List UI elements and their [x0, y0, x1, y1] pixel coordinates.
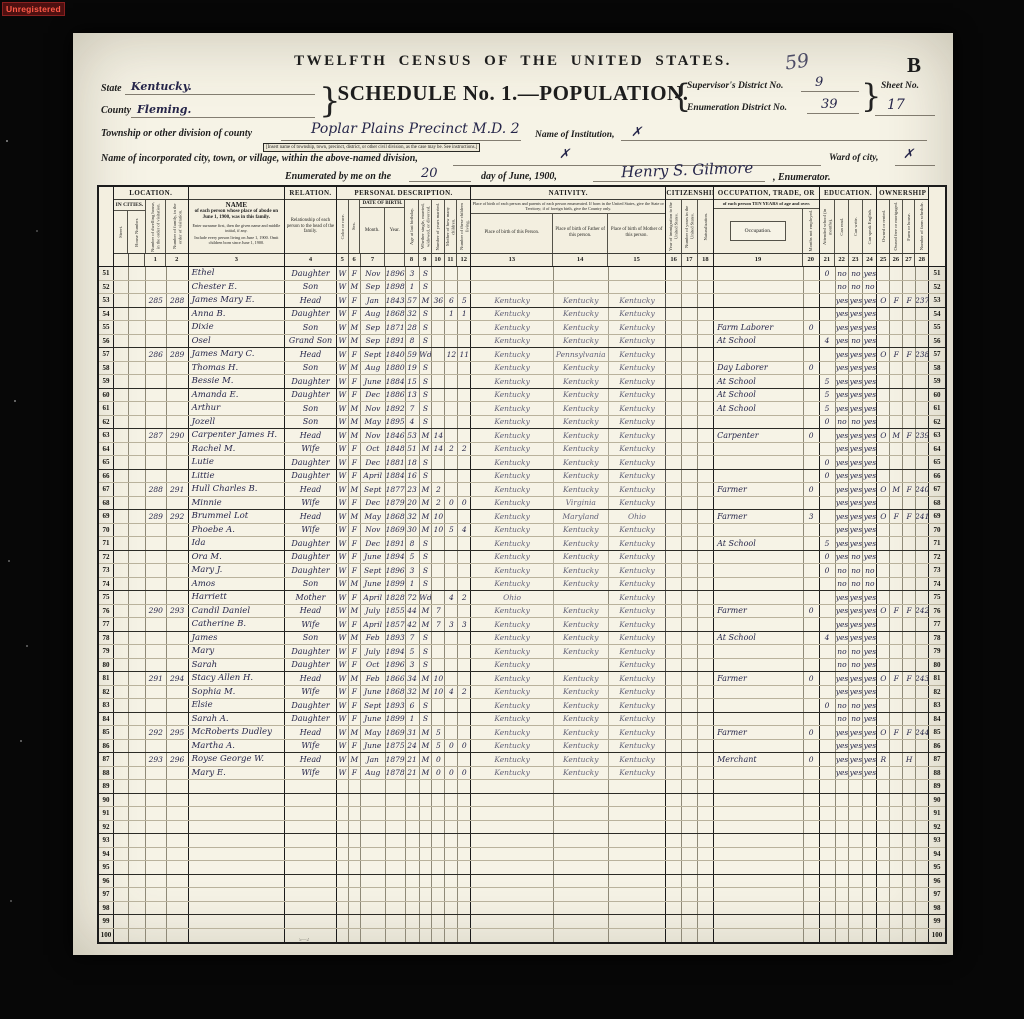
cell-cit1 — [666, 308, 682, 321]
cell-owned — [877, 848, 890, 861]
cell-age: 57 — [406, 294, 420, 307]
column-header-cit3: Naturalization. — [698, 200, 714, 253]
cell-street — [114, 821, 129, 834]
column-header-school: Attended school (in months). — [820, 200, 836, 253]
cell-color: W — [337, 767, 349, 780]
cell-month: Sept — [361, 483, 386, 496]
district-brace-close: } — [861, 77, 881, 115]
cell-cit3 — [698, 443, 714, 456]
cell-cit3 — [698, 497, 714, 510]
cell-english: yes — [863, 335, 877, 348]
cell-name: Harriett — [189, 591, 286, 604]
cell-birth — [471, 807, 554, 820]
cell-relation: Wife — [285, 767, 337, 780]
cell-street — [114, 915, 129, 928]
cell-relation: Wife — [285, 524, 337, 537]
cell-english — [863, 807, 877, 820]
cell-read: no — [836, 578, 850, 591]
cell-months_ne — [804, 807, 820, 820]
row-number: 52 — [99, 281, 114, 294]
column-number-name: 3 — [189, 254, 285, 266]
cell-school — [820, 321, 836, 334]
cell-english: yes — [863, 537, 877, 550]
cell-owned — [877, 915, 890, 928]
cell-cit1 — [666, 470, 682, 483]
cell-sex — [349, 821, 361, 834]
cell-living: 2 — [458, 686, 471, 699]
cell-read — [836, 834, 850, 847]
cell-cit3 — [698, 686, 714, 699]
row-number: 96 — [929, 875, 945, 888]
cell-mother_ch — [445, 834, 458, 847]
cell-birth: Kentucky — [471, 672, 554, 685]
table-row: 9999 — [99, 915, 945, 929]
table-row: 83ElsieDaughterWFSept18936SKentuckyKentu… — [99, 699, 945, 713]
cell-school — [820, 821, 836, 834]
cell-birth: Kentucky — [471, 740, 554, 753]
cell-write — [849, 834, 863, 847]
cell-name — [189, 861, 286, 874]
cell-sched — [916, 402, 929, 415]
cell-cit2 — [682, 915, 698, 928]
cell-street — [114, 524, 129, 537]
cell-street — [114, 726, 129, 739]
cell-marital — [420, 834, 433, 847]
cell-age — [406, 794, 420, 807]
cell-school — [820, 659, 836, 672]
cell-color — [337, 875, 349, 888]
cell-cit3 — [698, 348, 714, 361]
cell-cit2 — [682, 510, 698, 523]
cell-farm: F — [903, 483, 916, 496]
cell-free — [890, 308, 903, 321]
header-group-education: EDUCATION.Attended school (in months).Ca… — [820, 187, 878, 266]
cell-cit1 — [666, 362, 682, 375]
cell-yrs: 10 — [432, 672, 445, 685]
cell-school: 0 — [820, 456, 836, 469]
cell-year: 1880 — [386, 362, 406, 375]
cell-mother_ch — [445, 605, 458, 618]
cell-farm — [903, 686, 916, 699]
cell-marital — [420, 902, 433, 915]
cell-free — [890, 443, 903, 456]
cell-color: W — [337, 551, 349, 564]
cell-sched — [916, 699, 929, 712]
cell-color: W — [337, 267, 349, 280]
cell-street — [114, 834, 129, 847]
cell-name: Minnie — [189, 497, 286, 510]
header-group-desc-relation: Relationship of each person to the head … — [285, 200, 336, 253]
cell-birth: Kentucky — [471, 551, 554, 564]
cell-street — [114, 632, 129, 645]
cell-birth — [471, 834, 554, 847]
cell-months_ne — [804, 713, 820, 726]
cell-age: 1 — [406, 713, 420, 726]
cell-farm — [903, 443, 916, 456]
cell-yrs — [432, 267, 445, 280]
cell-color: W — [337, 740, 349, 753]
cell-read: yes — [836, 672, 850, 685]
cell-yrs — [432, 821, 445, 834]
cell-cit2 — [682, 713, 698, 726]
cell-month: Dec — [361, 497, 386, 510]
column-number-owned: 25 — [877, 254, 890, 266]
cell-name: Candil Daniel — [189, 605, 286, 618]
cell-name: Littie — [189, 470, 286, 483]
cell-write: no — [849, 645, 863, 658]
cell-cit3 — [698, 537, 714, 550]
cell-family — [167, 375, 189, 388]
cell-owned — [877, 389, 890, 402]
cell-cit1 — [666, 794, 682, 807]
cell-family — [167, 794, 189, 807]
cell-year — [386, 902, 406, 915]
cell-month: Sep — [361, 335, 386, 348]
institution-value: ✗ — [631, 125, 642, 140]
cell-read: yes — [836, 524, 850, 537]
cell-mother — [609, 780, 667, 793]
cell-occupation: At School — [714, 389, 804, 402]
cell-read: yes — [836, 605, 850, 618]
cell-yrs — [432, 578, 445, 591]
cell-mother — [609, 902, 667, 915]
cell-month: Feb — [361, 632, 386, 645]
column-header-months_ne: Months not employed. — [803, 209, 819, 253]
header-group-nativity: NATIVITY.Place of birth of each person a… — [471, 187, 666, 266]
cell-english: yes — [863, 321, 877, 334]
cell-yrs — [432, 281, 445, 294]
cell-owned — [877, 645, 890, 658]
cell-sex — [349, 861, 361, 874]
cell-living — [458, 551, 471, 564]
cell-relation — [285, 780, 337, 793]
row-number: 82 — [99, 686, 114, 699]
cell-sex — [349, 834, 361, 847]
cell-sched — [916, 888, 929, 901]
cell-color: W — [337, 537, 349, 550]
cell-father: Kentucky — [554, 753, 609, 766]
cell-birth — [471, 281, 554, 294]
cell-cit1 — [666, 618, 682, 631]
row-number: 55 — [929, 321, 945, 334]
cell-sched: 238 — [916, 348, 929, 361]
cell-occupation: At School — [714, 375, 804, 388]
cell-sex: M — [349, 402, 361, 415]
cell-relation — [285, 915, 337, 928]
cell-occupation: At School — [714, 335, 804, 348]
header-group-personal: PERSONAL DESCRIPTION.Color or race.Sex.D… — [337, 187, 471, 266]
cell-cit1 — [666, 483, 682, 496]
cell-color: W — [337, 686, 349, 699]
cell-cit1 — [666, 281, 682, 294]
cell-cit3 — [698, 483, 714, 496]
cell-months_ne — [804, 875, 820, 888]
cell-marital — [420, 929, 433, 943]
cell-relation: Daughter — [285, 456, 337, 469]
cell-name: Mary E. — [189, 767, 286, 780]
cell-sched — [916, 618, 929, 631]
cell-cit2 — [682, 267, 698, 280]
header-group-occupation: OCCUPATION, TRADE, OR PROFESSIONof each … — [714, 187, 820, 266]
cell-mother: Kentucky — [609, 686, 667, 699]
cell-house — [129, 794, 146, 807]
cell-mother_ch — [445, 510, 458, 523]
cell-mother — [609, 794, 667, 807]
cell-mother_ch — [445, 713, 458, 726]
cell-color: W — [337, 308, 349, 321]
ward-label: Ward of city, — [829, 153, 878, 163]
cell-occupation — [714, 416, 804, 429]
cell-house — [129, 915, 146, 928]
cell-color: W — [337, 281, 349, 294]
cell-color — [337, 929, 349, 943]
cell-father: Kentucky — [554, 632, 609, 645]
cell-occupation — [714, 848, 804, 861]
table-row: 87293296Royse George W.HeadWMJan187921M0… — [99, 753, 945, 767]
cell-mother: Kentucky — [609, 308, 667, 321]
cell-owned — [877, 497, 890, 510]
row-number: 69 — [929, 510, 945, 523]
cell-father: Kentucky — [554, 524, 609, 537]
cell-family — [167, 686, 189, 699]
cell-living: 0 — [458, 740, 471, 753]
table-row: 51EthelDaughterWFNov18963S0nonoyes51 — [99, 267, 945, 281]
cell-month — [361, 915, 386, 928]
row-number: 95 — [99, 861, 114, 874]
cell-owned: O — [877, 672, 890, 685]
cell-farm — [903, 551, 916, 564]
cell-cit2 — [682, 335, 698, 348]
cell-sex: M — [349, 483, 361, 496]
cell-cit1 — [666, 335, 682, 348]
cell-mother_ch: 12 — [445, 348, 458, 361]
cell-cit1 — [666, 902, 682, 915]
cell-mother: Kentucky — [609, 362, 667, 375]
cell-month: April — [361, 618, 386, 631]
cell-free — [890, 375, 903, 388]
cell-farm: F — [903, 672, 916, 685]
cell-yrs: 7 — [432, 618, 445, 631]
nativity-note: Place of birth of each person and parent… — [471, 200, 665, 214]
cell-cit1 — [666, 645, 682, 658]
cell-owned — [877, 308, 890, 321]
row-number: 62 — [929, 416, 945, 429]
cell-months_ne: 0 — [804, 672, 820, 685]
cell-free — [890, 699, 903, 712]
cell-occupation: At School — [714, 537, 804, 550]
cell-birth: Kentucky — [471, 321, 554, 334]
cell-marital: M — [420, 524, 433, 537]
cell-cit1 — [666, 429, 682, 442]
cell-occupation: Farmer — [714, 483, 804, 496]
cell-living: 3 — [458, 618, 471, 631]
cell-color: W — [337, 456, 349, 469]
cell-owned — [877, 551, 890, 564]
cell-marital: M — [420, 294, 433, 307]
cell-father: Kentucky — [554, 429, 609, 442]
cell-months_ne — [804, 591, 820, 604]
cell-english: yes — [863, 443, 877, 456]
cell-read — [836, 902, 850, 915]
cell-write: yes — [849, 294, 863, 307]
cell-months_ne — [804, 902, 820, 915]
cell-yrs — [432, 888, 445, 901]
cell-yrs — [432, 564, 445, 577]
cell-sched: 243 — [916, 672, 929, 685]
cell-sched — [916, 632, 929, 645]
column-number-sched: 28 — [915, 254, 928, 266]
cell-birth: Kentucky — [471, 767, 554, 780]
cell-street — [114, 321, 129, 334]
cell-occupation: Day Laborer — [714, 362, 804, 375]
cell-free — [890, 848, 903, 861]
cell-english: yes — [863, 767, 877, 780]
cell-read — [836, 794, 850, 807]
cell-cit3 — [698, 794, 714, 807]
cell-sex: M — [349, 429, 361, 442]
cell-yrs: 14 — [432, 429, 445, 442]
row-number: 91 — [99, 807, 114, 820]
cell-color: W — [337, 375, 349, 388]
cell-father — [554, 834, 609, 847]
cell-marital: S — [420, 537, 433, 550]
cell-write: yes — [849, 348, 863, 361]
enumeration-label: Enumeration District No. — [687, 103, 787, 113]
cell-cit1 — [666, 591, 682, 604]
cell-free — [890, 780, 903, 793]
cell-family — [167, 537, 189, 550]
cell-school — [820, 794, 836, 807]
cell-sex: F — [349, 564, 361, 577]
cell-father — [554, 888, 609, 901]
cell-write: yes — [849, 686, 863, 699]
row-number: 52 — [929, 281, 945, 294]
cell-free — [890, 632, 903, 645]
cell-english: yes — [863, 389, 877, 402]
cell-father: Kentucky — [554, 672, 609, 685]
cell-birth — [471, 902, 554, 915]
cell-occupation: At School — [714, 632, 804, 645]
name-group-title: NAME — [226, 201, 247, 209]
cell-year: 1879 — [386, 497, 406, 510]
cell-english: yes — [863, 456, 877, 469]
cell-birth: Kentucky — [471, 564, 554, 577]
table-row: 77Catherine B.WifeWFApril185742M733Kentu… — [99, 618, 945, 632]
cell-age: 1 — [406, 578, 420, 591]
cell-free — [890, 551, 903, 564]
column-header-month: Month. — [360, 208, 384, 253]
cell-farm: F — [903, 348, 916, 361]
cell-relation — [285, 848, 337, 861]
cell-write: no — [849, 335, 863, 348]
cell-family: 288 — [167, 294, 189, 307]
cell-school — [820, 348, 836, 361]
cell-name: Brummel Lot — [189, 510, 286, 523]
cell-mother: Kentucky — [609, 713, 667, 726]
cell-living — [458, 888, 471, 901]
cell-occupation — [714, 470, 804, 483]
table-row: 78JamesSonWMFeb18937SKentuckyKentuckyKen… — [99, 632, 945, 646]
cell-sched — [916, 740, 929, 753]
cell-free — [890, 834, 903, 847]
cell-english: yes — [863, 470, 877, 483]
cell-father: Pennsylvania — [554, 348, 609, 361]
cell-relation: Daughter — [285, 537, 337, 550]
cell-mother: Kentucky — [609, 416, 667, 429]
cell-living — [458, 834, 471, 847]
cell-school — [820, 902, 836, 915]
cell-free — [890, 794, 903, 807]
cell-owned — [877, 834, 890, 847]
cell-month: June — [361, 375, 386, 388]
cell-month: Sep — [361, 321, 386, 334]
cell-month: Dec — [361, 456, 386, 469]
row-number: 59 — [929, 375, 945, 388]
cell-cit3 — [698, 389, 714, 402]
cell-cit1 — [666, 767, 682, 780]
cell-mother — [609, 915, 667, 928]
row-number: 51 — [99, 267, 114, 280]
cell-family — [167, 888, 189, 901]
cell-cit2 — [682, 834, 698, 847]
cell-marital: M — [420, 686, 433, 699]
cell-english: yes — [863, 591, 877, 604]
cell-year: 1871 — [386, 321, 406, 334]
cell-mother_ch — [445, 807, 458, 820]
table-row: 9595 — [99, 861, 945, 875]
cell-free — [890, 767, 903, 780]
cell-relation: Head — [285, 483, 337, 496]
cell-cit3 — [698, 456, 714, 469]
cell-age: 15 — [406, 375, 420, 388]
cell-year: 1895 — [386, 416, 406, 429]
cell-free — [890, 929, 903, 943]
cell-father: Kentucky — [554, 537, 609, 550]
cell-color: W — [337, 753, 349, 766]
cell-age — [406, 780, 420, 793]
cell-street — [114, 483, 129, 496]
column-number-cit3: 18 — [698, 254, 714, 266]
cell-house — [129, 389, 146, 402]
cell-cit2 — [682, 456, 698, 469]
row-number: 79 — [99, 645, 114, 658]
cell-age — [406, 902, 420, 915]
cell-occupation — [714, 929, 804, 943]
cell-sched — [916, 753, 929, 766]
cell-name — [189, 848, 286, 861]
cell-house — [129, 375, 146, 388]
cell-month: Nov — [361, 267, 386, 280]
cell-free — [890, 902, 903, 915]
cell-mother: Kentucky — [609, 335, 667, 348]
cell-school — [820, 672, 836, 685]
cell-marital: S — [420, 659, 433, 672]
cell-dwelling: 290 — [146, 605, 167, 618]
cell-color: W — [337, 726, 349, 739]
row-number: 75 — [929, 591, 945, 604]
cell-farm — [903, 767, 916, 780]
cell-write — [849, 861, 863, 874]
row-number: 61 — [99, 402, 114, 415]
cell-color: W — [337, 591, 349, 604]
cell-months_ne — [804, 645, 820, 658]
cell-yrs — [432, 375, 445, 388]
column-number-relation: 4 — [285, 254, 336, 266]
cell-relation — [285, 929, 337, 943]
cell-write: yes — [849, 618, 863, 631]
cell-street — [114, 767, 129, 780]
cell-sched — [916, 537, 929, 550]
